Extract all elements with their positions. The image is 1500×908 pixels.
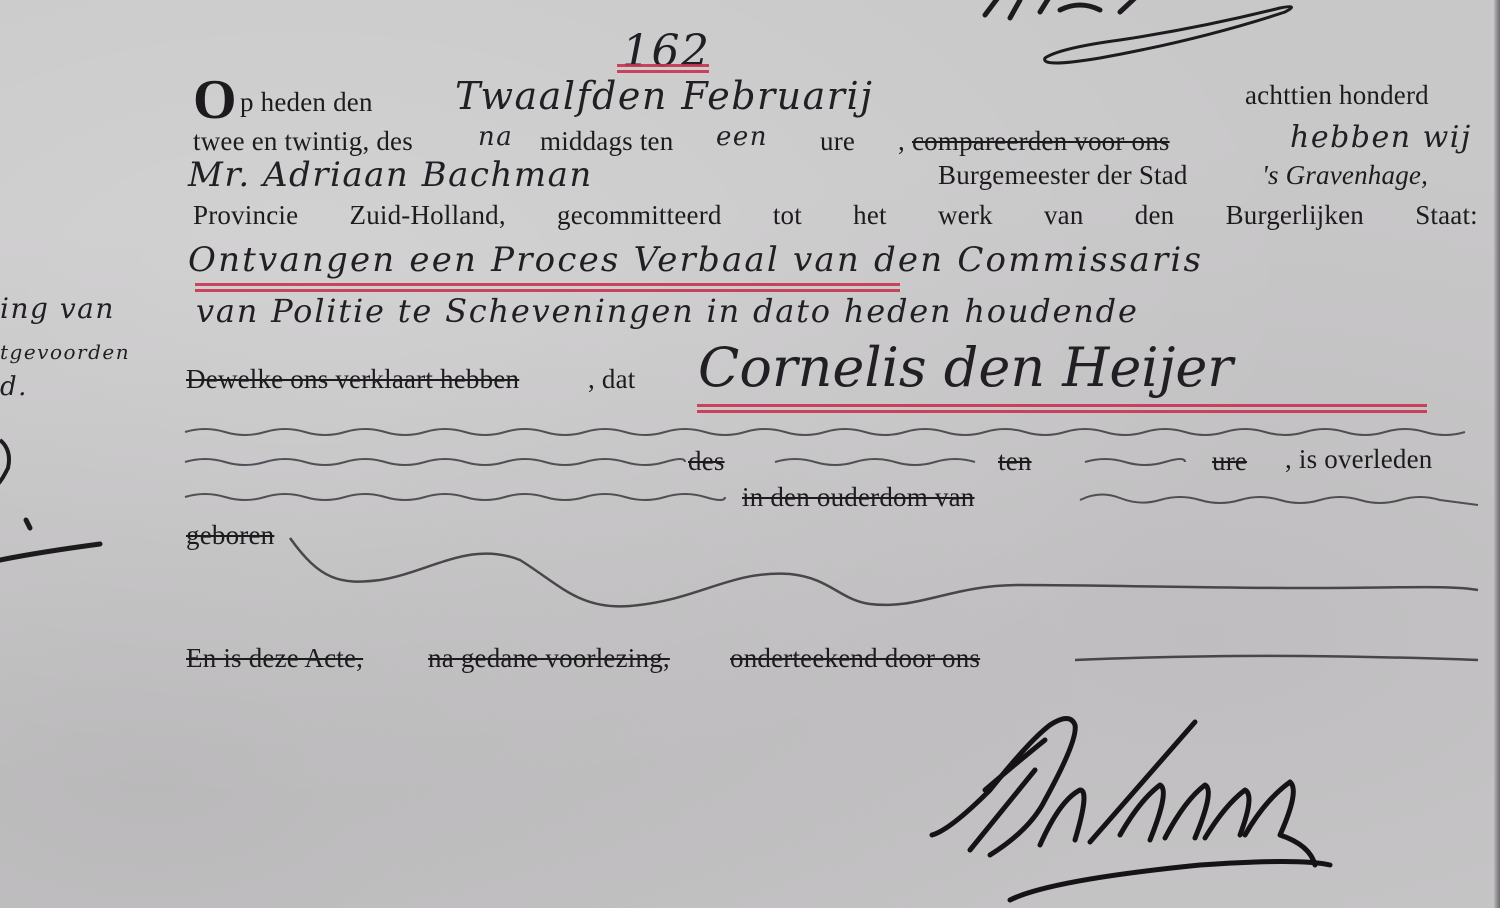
margin-note: ing van [0, 292, 115, 325]
printed-text: , is overleden [1285, 444, 1433, 475]
printed-line-province: Provincie Zuid-Holland, gecommitteerd to… [193, 200, 1478, 231]
signature: ABachman [932, 720, 1332, 900]
printed-text: Burgemeester der Stad [938, 160, 1188, 191]
printed-text: , dat [588, 364, 636, 395]
struck-printed-text: des [688, 446, 725, 477]
red-underline [697, 404, 1427, 413]
act-number-underline [617, 64, 709, 73]
margin-note: d. [0, 372, 28, 402]
handwritten-line: Ontvangen een Proces Verbaal van den Com… [188, 240, 1203, 280]
printed-text: middags ten [540, 126, 673, 157]
handwritten-deceased-name: Cornelis den Heijer [698, 336, 1233, 399]
handwritten-line: van Politie te Scheveningen in dato hede… [196, 292, 1139, 330]
margin-note: tgevoorden [0, 340, 130, 364]
page-edge [1494, 0, 1500, 908]
printed-text: achttien honderd [1245, 80, 1429, 111]
struck-printed-text: ten [998, 446, 1032, 477]
struck-printed-text: Dewelke ons verklaart hebben [186, 364, 519, 395]
printed-text: ure [820, 126, 855, 157]
struck-printed-text: compareerden voor ons [912, 126, 1170, 157]
printed-text: twee en twintig, des [193, 126, 413, 157]
struck-printed-text: in den ouderdom van [742, 482, 975, 513]
struck-printed-text: geboren [186, 520, 274, 551]
struck-printed-text: na gedane voorlezing, [428, 643, 670, 674]
struck-printed-text: onderteekend door ons [730, 643, 980, 674]
printed-text: p heden den [240, 87, 373, 118]
red-underline [195, 283, 900, 292]
handwritten-insert: hebben wij [1290, 120, 1472, 155]
struck-printed-text: ure [1212, 446, 1247, 477]
printed-city: 's Gravenhage, [1262, 160, 1428, 191]
handwritten-date: Twaalfden Februarij [455, 74, 873, 118]
drop-cap: O [193, 72, 237, 128]
struck-printed-text: En is deze Acte, [186, 643, 363, 674]
handwritten-insert: na [478, 122, 513, 152]
handwritten-insert: een [716, 122, 768, 152]
handwritten-mayor-name: Mr. Adriaan Bachman [188, 155, 593, 195]
